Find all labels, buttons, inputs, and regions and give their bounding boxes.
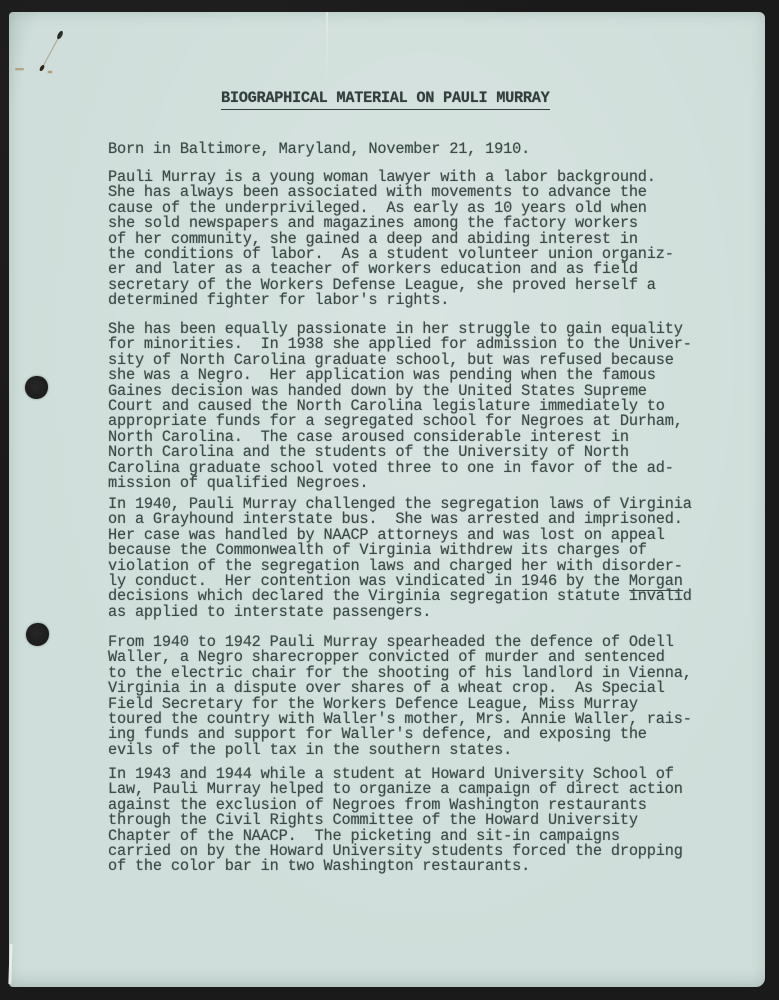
document-title: BIOGRAPHICAL MATERIAL ON PAULI MURRAY — [221, 89, 550, 110]
paragraph-4: From 1940 to 1942 Pauli Murray spearhead… — [108, 635, 692, 758]
paragraph-5: In 1943 and 1944 while a student at Howa… — [108, 767, 683, 875]
paragraph-3: In 1940, Pauli Murray challenged the seg… — [108, 497, 692, 620]
paragraph-3-text-after: decisions which declared the Virginia se… — [108, 587, 692, 620]
paragraph-2: She has been equally passionate in her s… — [108, 322, 692, 491]
hole-punch-top — [25, 376, 48, 399]
birth-line: Born in Baltimore, Maryland, November 21… — [108, 142, 530, 157]
paper-crease — [326, 12, 328, 82]
paper-tear — [8, 944, 12, 984]
hole-punch-bottom — [26, 623, 49, 646]
document-page: BIOGRAPHICAL MATERIAL ON PAULI MURRAY Bo… — [9, 12, 765, 987]
paragraph-1: Pauli Murray is a young woman lawyer wit… — [108, 170, 674, 309]
paragraph-3-text-before: In 1940, Pauli Murray challenged the seg… — [108, 495, 692, 590]
pen-mark — [9, 26, 84, 86]
scan-background: BIOGRAPHICAL MATERIAL ON PAULI MURRAY Bo… — [0, 0, 779, 1000]
